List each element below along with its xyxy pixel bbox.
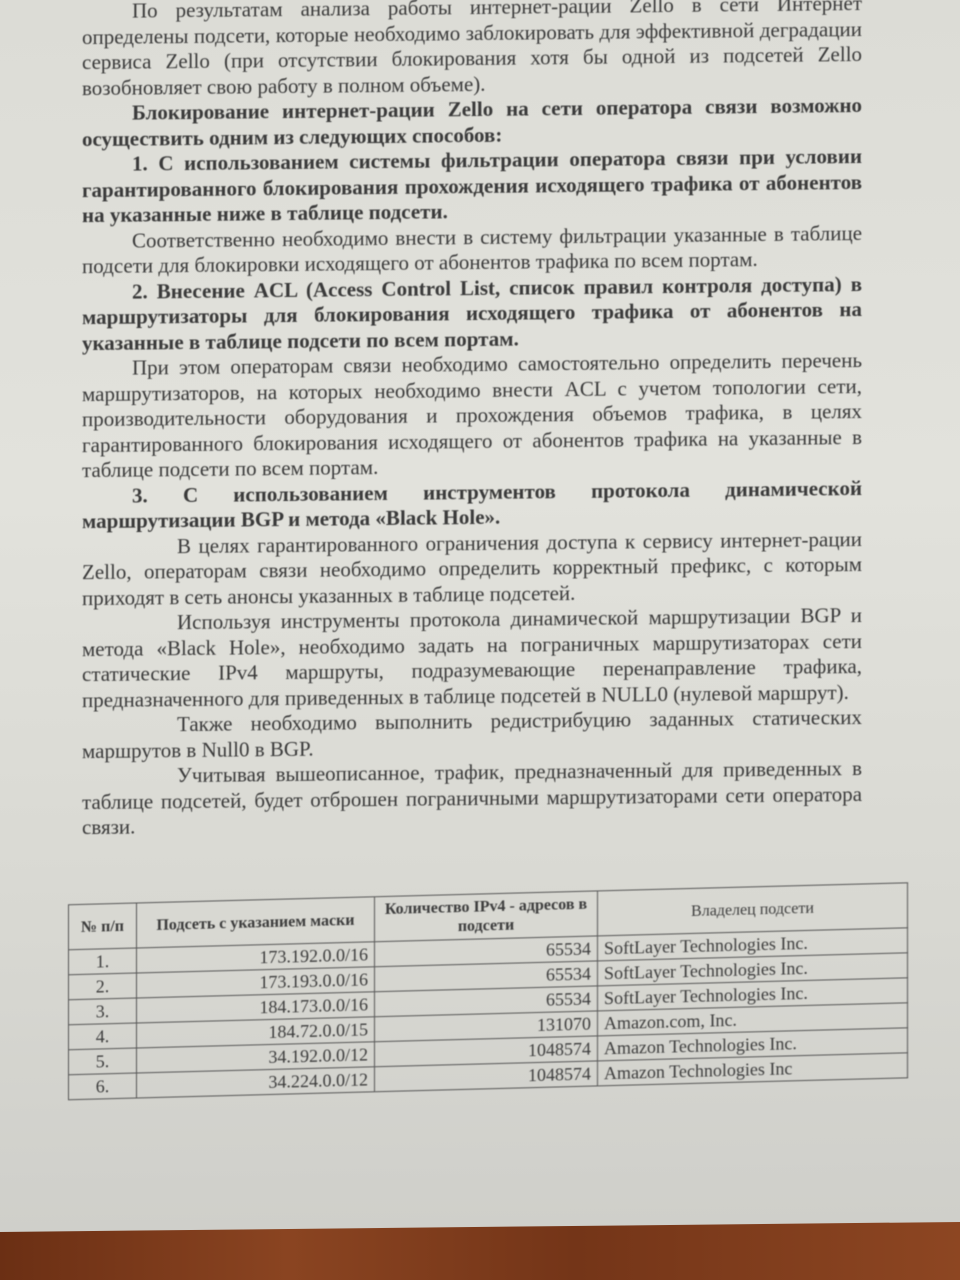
- paragraph-method-3-blackhole: Используя инструменты протокола динамиче…: [82, 603, 862, 713]
- cell-subnet: 34.224.0.0/12: [137, 1067, 375, 1098]
- paragraph-method-3: 3. С использованием инструментов протоко…: [82, 475, 862, 534]
- header-subnet: Подсеть с указанием маски: [137, 897, 375, 948]
- paragraph-methods-heading: Блокирование интернет-рации Zello на сет…: [82, 93, 862, 152]
- cell-number: 1.: [69, 948, 137, 975]
- cell-address-count: 1048574: [375, 1061, 598, 1092]
- paragraph-method-2: 2. Внесение ACL (Access Control List, сп…: [82, 271, 862, 356]
- paragraph-intro: По результатам анализа работы интернет-р…: [82, 0, 862, 101]
- paper-sheet: По результатам анализа работы интернет-р…: [0, 0, 960, 1232]
- cell-number: 2.: [69, 973, 137, 1000]
- cell-number: 3.: [69, 998, 137, 1025]
- paragraph-method-3-prefix: В целях гарантированного ограничения дос…: [82, 526, 862, 611]
- subnet-table: № п/п Подсеть с указанием маски Количест…: [68, 882, 908, 1100]
- cell-number: 6.: [69, 1073, 137, 1100]
- header-number: № п/п: [69, 903, 137, 950]
- paragraph-conclusion: Учитывая вышеописанное, трафик, предназн…: [82, 756, 862, 841]
- header-address-count: Количество IPv4 - адресов в подсети: [375, 891, 598, 942]
- paragraph-method-1-detail: Соответственно необходимо внести в систе…: [82, 220, 862, 279]
- header-owner: Владелец подсети: [598, 883, 908, 936]
- paragraph-method-1: 1. С использованием системы фильтрации о…: [82, 144, 862, 229]
- paragraph-method-3-redistribution: Также необходимо выполнить редистрибуцию…: [82, 705, 862, 764]
- cell-number: 4.: [69, 1023, 137, 1050]
- cell-number: 5.: [69, 1048, 137, 1075]
- paragraph-method-2-detail: При этом операторам связи необходимо сам…: [82, 348, 862, 484]
- document-body: По результатам анализа работы интернет-р…: [82, 0, 862, 841]
